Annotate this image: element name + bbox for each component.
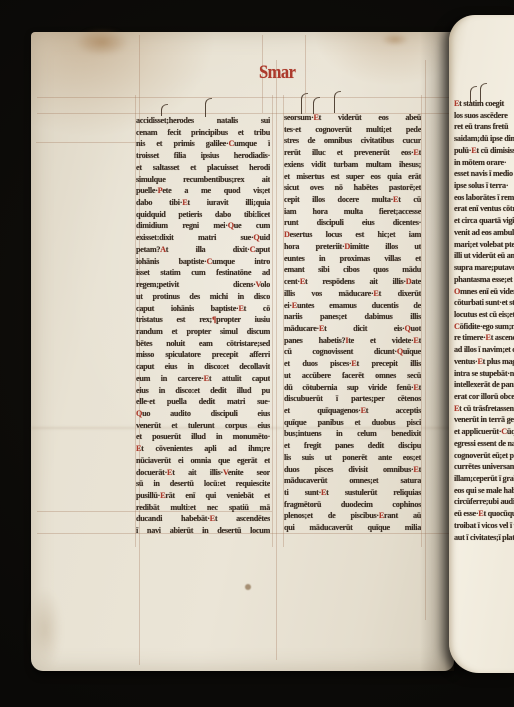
manuscript-line: misso spiculatore precepit afferri	[136, 350, 270, 362]
manuscript-line: ad illos ī navim;et cess	[454, 345, 514, 357]
parchment-stain	[245, 584, 251, 590]
manuscript-line: dabo tibi·Et iuravit illi;quia	[136, 198, 270, 210]
manuscript-line: et duos pisces·Et precepit illis	[284, 359, 421, 371]
manuscript-line: et applicuerūt·Cūque	[454, 427, 514, 439]
manuscript-line: iam hora multa fieret;accesse	[284, 207, 421, 219]
facing-page-text: Et statim coegitlos suos ascēdereret eū …	[454, 99, 514, 544]
manuscript-line: Desertus locus est hic;et iam	[284, 230, 421, 242]
running-title: Smar	[259, 61, 296, 83]
manuscript-line: circūferre;ubi audiebāt	[454, 497, 514, 509]
manuscript-line: ipse solus ī terra·	[454, 181, 514, 193]
manuscript-line: regem;petivit dicens·Volo	[136, 280, 270, 292]
manuscript-line: ī navi abierūt in desertū locum	[136, 526, 270, 538]
manuscript-line: Omnes enī eū viderūt	[454, 287, 514, 299]
manuscript-line: egressi essent de navi;	[454, 439, 514, 451]
manuscript-line: esset navis ī medio	[454, 169, 514, 181]
manuscript-line: stres de omnibus civitatibus cucur	[284, 136, 421, 148]
manuscript-line: ducandi habebāt·Et ascendētes	[136, 514, 270, 526]
manuscript-line: panes habetis?Ite et videte·Et	[284, 336, 421, 348]
manuscript-line: illis vos māducare·Et dixerūt	[284, 289, 421, 301]
parchment-stain	[28, 588, 62, 672]
ruling-line	[272, 95, 273, 547]
manuscript-line: eius in disco:et dedit illud pu	[136, 386, 270, 398]
manuscript-line: intra se stupebāt·nō	[454, 369, 514, 381]
manuscript-line: docuerāt·Et ait illis·Venite seor	[136, 468, 270, 480]
manuscript-line: sicut oves nō habētes pastorē;et	[284, 183, 421, 195]
manuscript-line: erat cor illorū obcecatū	[454, 392, 514, 404]
manuscript-line: cenam fecit principibus et tribu	[136, 128, 270, 140]
manuscript-line: ut accūbere facerēt omnes secū	[284, 371, 421, 383]
manuscript-line: quidquid petieris dabo tibi:licet	[136, 210, 270, 222]
manuscript-line: māducaverūt omnes;et satura	[284, 476, 421, 488]
manuscript-line: elle·et puella dedit matri sue·	[136, 397, 270, 409]
manuscript-line: ei·Euntes emamus ducentis de	[284, 301, 421, 313]
manuscript-line: euntes in proximas villas et	[284, 254, 421, 266]
manuscript-line: cū cognovissent dicunt·Quīque	[284, 347, 421, 359]
manuscript-line: redibāt multi:et nec spatiū mā	[136, 503, 270, 515]
manuscript-line: ut protinus des michi in disco	[136, 292, 270, 304]
manuscript-line: bētes noluit eam cōtristare;sed	[136, 339, 270, 351]
manuscript-line: caput eius in disco:et decollavit	[136, 362, 270, 374]
manuscript-line: iohānis baptiste·Cumque intro	[136, 257, 270, 269]
manuscript-line: exiens vidit turbam multam ihesus;	[284, 160, 421, 172]
manuscript-line: currētes universam re	[454, 462, 514, 474]
manuscript-line: seorsum·Et viderūt eos abeū	[284, 113, 421, 125]
facing-page-edge: Et statim coegitlos suos ascēdereret eū …	[449, 15, 514, 673]
ascender-flourish	[334, 91, 341, 113]
manuscript-line: plenos;et de piscibus·Erant aū	[284, 511, 421, 523]
manuscript-line: lis suis ut ponerēt ante eos;et	[284, 453, 421, 465]
manuscript-line: accidisset;herodes natalis sui	[136, 116, 270, 128]
manuscript-line: exisset:dixit matri sue·Quid	[136, 233, 270, 245]
manuscript-line: ret eū trans fretū	[454, 122, 514, 134]
parchment-stain	[75, 28, 129, 56]
manuscript-line: intellexerāt de panibus·	[454, 380, 514, 392]
manuscript-line: isset statim cum festinatōne ad	[136, 268, 270, 280]
manuscript-line: māducare·Et dicit eis·Quot	[284, 324, 421, 336]
manuscript-line: nis et primis galilee·Cumque ī	[136, 139, 270, 151]
manuscript-line: petam?At illa dixit·Caput	[136, 245, 270, 257]
manuscript-line: Cōfidite·ego sum;noli	[454, 322, 514, 334]
manuscript-line: cognoverūt eū;et p	[454, 451, 514, 463]
manuscript-line: los suos ascēdere	[454, 111, 514, 123]
manuscript-line: cent·Et respōdens ait illis·Date	[284, 277, 421, 289]
manuscript-line: phantasma esse;et ex	[454, 275, 514, 287]
manuscript-line: nariis panes;et dabimus illis	[284, 312, 421, 324]
manuscript-line: locutus est cū eis;et dix	[454, 310, 514, 322]
manuscript-line: Et cōvenientes apli ad ihm;re	[136, 444, 270, 456]
manuscript-line: et posuerūt illud in monumēto·	[136, 432, 270, 444]
ascender-flourish	[470, 86, 477, 103]
manuscript-line: sū in desertū locū:et requiescite	[136, 479, 270, 491]
manuscript-line: ventus·Et plus magis	[454, 357, 514, 369]
text-column-left: accidisset;herodes natalis suicenam feci…	[136, 116, 270, 538]
manuscript-line: et fregit panes dedit discipu	[284, 441, 421, 453]
manuscript-line: cepit illos docere multa·Et cū	[284, 195, 421, 207]
manuscript-line: eū esse·Et quocūque ī	[454, 509, 514, 521]
manuscript-line: cōturbati sunt·et statim	[454, 298, 514, 310]
manuscript-line: mari;et volebat pterire	[454, 240, 514, 252]
manuscript-line: tes·et cognoverūt multi;et pede	[284, 125, 421, 137]
manuscript-line: erat enī ventus cōtrari	[454, 204, 514, 216]
manuscript-line: qui māducaverūt quīque milia	[284, 523, 421, 535]
manuscript-line: fragmētorū duodecim cophinos	[284, 500, 421, 512]
ruling-line	[36, 142, 136, 143]
manuscript-line: supra mare;putaverūt	[454, 263, 514, 275]
manuscript-line: pusillū·Erāt enī qui veniebāt et	[136, 491, 270, 503]
text-column-right: seorsum·Et viderūt eos abeūtes·et cognov…	[284, 113, 421, 535]
ascender-flourish	[205, 98, 212, 117]
manuscript-line: venerūt et tulerunt corpus eius	[136, 421, 270, 433]
manuscript-line: illam;ceperūt ī graba	[454, 474, 514, 486]
manuscript-line: emant sibi cibos quos mādu	[284, 265, 421, 277]
manuscript-line: duos pisces divisit omnibus·Et	[284, 465, 421, 477]
manuscript-line: et misertus est super eos quia erāt	[284, 172, 421, 184]
manuscript-line: re timere·Et ascendit	[454, 333, 514, 345]
manuscript-line: dū cōtubernia sup viride fenū·Et	[284, 383, 421, 395]
manuscript-line: tristatus est rex;¶propter iusiu	[136, 315, 270, 327]
manuscript-line: eos qui se male habebāt	[454, 486, 514, 498]
manuscript-line: caput iohānis baptiste·Et cō	[136, 304, 270, 316]
manuscript-line: hora preteriit·Dimitte illos ut	[284, 242, 421, 254]
ruling-line	[276, 60, 277, 660]
ascender-flourish	[313, 97, 320, 114]
ascender-flourish	[301, 93, 308, 114]
manuscript-line: in mōtem orare·	[454, 158, 514, 170]
manuscript-line: simulque recumbentibus;rex ait	[136, 175, 270, 187]
ascender-flourish	[480, 83, 487, 103]
manuscript-line: eos laborātes ī remigā	[454, 193, 514, 205]
manuscript-line: saidam;dū ipse dimit	[454, 134, 514, 146]
ascender-flourish	[161, 104, 168, 116]
manuscript-line: troibat ī vicos vel ī villas	[454, 521, 514, 533]
manuscript-line: ti sunt·Et sustulerūt reliquias	[284, 488, 421, 500]
parchment-stain	[381, 33, 409, 46]
ruling-line	[37, 97, 449, 98]
manuscript-line: discubuerūt ī partes;per cētenos	[284, 394, 421, 406]
manuscript-line: Quo audito discipuli eius	[136, 409, 270, 421]
manuscript-line: venerūt in terrā gene	[454, 415, 514, 427]
manuscript-line: Et cū trāsfretassent;	[454, 404, 514, 416]
manuscript-line: puelle·Pete a me quod vis;et	[136, 186, 270, 198]
manuscript-line: troisset filia ipsius herodiadis·	[136, 151, 270, 163]
manuscript-photo: Smar accidisset;herodes natalis suicenam…	[0, 0, 514, 707]
manuscript-line: venit ad eos ambulās	[454, 228, 514, 240]
manuscript-line: et circa quartā vigiliā	[454, 216, 514, 228]
manuscript-line: illi ut viderūt eū ambu	[454, 251, 514, 263]
manuscript-line: et saltasset et placuisset herodi	[136, 163, 270, 175]
manuscript-line: pulū·Et cū dimisisset	[454, 146, 514, 158]
manuscript-line: dimidium regni mei·Que cum	[136, 221, 270, 233]
manuscript-line: quīque panibus et duobus pisci	[284, 418, 421, 430]
manuscript-line: eum in carcere·Et attulit caput	[136, 374, 270, 386]
manuscript-line: et quīquagenos·Et acceptis	[284, 406, 421, 418]
manuscript-line: rerūt illuc et prevenerūt eos·Et	[284, 148, 421, 160]
manuscript-line: aut ī civitates;ī plateis pone	[454, 533, 514, 545]
manuscript-line: randum et propter simul discum	[136, 327, 270, 339]
manuscript-line: runt discipuli eius dicentes·	[284, 218, 421, 230]
manuscript-line: nūciaverūt ei omnia que egerāt et	[136, 456, 270, 468]
manuscript-line: bus;intuens in celum benedixit	[284, 429, 421, 441]
